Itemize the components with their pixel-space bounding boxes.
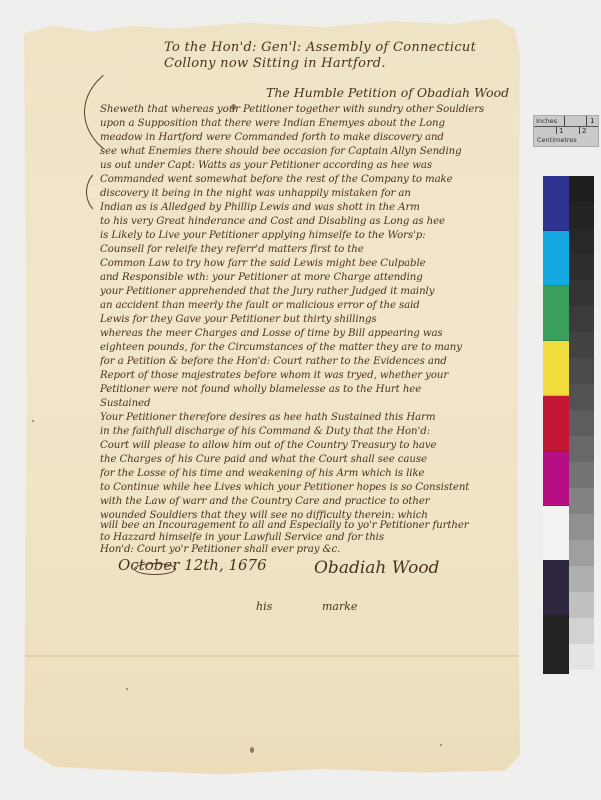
body-line: Your Petitioner therefore desires as hee… xyxy=(100,412,500,423)
ruler-tick xyxy=(556,126,557,134)
grey-step xyxy=(569,592,594,618)
grey-step xyxy=(569,254,594,280)
ruler-divider xyxy=(534,126,598,127)
grey-step xyxy=(569,384,594,410)
patch-blue xyxy=(543,176,569,231)
body-line: and Responsible wth: your Petitioner at … xyxy=(100,272,500,283)
greyscale-calibration-bar xyxy=(569,176,594,670)
petition-date: October 12th, 1676 xyxy=(118,556,267,574)
color-calibration-bar xyxy=(543,176,569,674)
grey-step xyxy=(569,332,594,358)
body-line: Sheweth that whereas your Petitioner tog… xyxy=(100,104,500,115)
centimetres-label: Centimetres xyxy=(537,136,577,144)
grey-step xyxy=(569,462,594,488)
patch-green xyxy=(543,286,569,341)
ruler-tick xyxy=(579,126,580,134)
body-line: your Petitioner apprehended that the Jur… xyxy=(100,286,500,297)
paper-fold-line xyxy=(24,655,520,657)
patch-red xyxy=(543,396,569,451)
body-line: meadow in Hartford were Commanded forth … xyxy=(100,132,500,143)
grey-step xyxy=(569,358,594,384)
patch-white xyxy=(543,506,569,560)
ink-stain xyxy=(32,420,34,422)
ink-stain xyxy=(250,747,254,753)
body-line: Petitioner were not found wholly blamele… xyxy=(100,384,500,395)
body-line: Commanded went somewhat before the rest … xyxy=(100,174,500,185)
body-line: Lewis for they Gave your Petitioner but … xyxy=(100,314,500,325)
body-line: us out under Capt: Watts as your Petitio… xyxy=(100,160,500,171)
body-line: Hon'd: Court yo'r Petitioner shall ever … xyxy=(100,544,500,555)
address-line-2: Collony now Sitting in Hartford. xyxy=(164,56,386,71)
patch-black xyxy=(543,615,569,674)
body-line: will bee an Incouragement to all and Esp… xyxy=(100,520,500,531)
ink-stain xyxy=(440,744,442,746)
ink-stain xyxy=(126,688,128,690)
patch-3color-black xyxy=(543,560,569,615)
grey-step xyxy=(569,280,594,306)
body-line: is Likely to Live your Petitioner applyi… xyxy=(100,230,500,241)
grey-step xyxy=(569,540,594,566)
grey-step xyxy=(569,306,594,332)
petition-heading: The Humble Petition of Obadiah Wood xyxy=(266,85,509,100)
grey-step xyxy=(569,436,594,462)
patch-yellow xyxy=(543,341,569,396)
grey-step xyxy=(569,410,594,436)
body-line: to Continue while hee Lives which your P… xyxy=(100,482,500,493)
grey-step xyxy=(569,644,594,670)
address-line-1: To the Hon'd: Gen'l: Assembly of Connect… xyxy=(164,40,476,55)
cm-mark-2: 2 xyxy=(582,127,586,135)
grey-step xyxy=(569,202,594,228)
body-line: eighteen pounds, for the Circumstances o… xyxy=(100,342,500,353)
cm-mark-1: 1 xyxy=(559,127,563,135)
grey-step xyxy=(569,228,594,254)
body-line: Sustained xyxy=(100,398,500,409)
ruler-tick xyxy=(564,116,565,126)
grey-step xyxy=(569,566,594,592)
body-line: to Hazzard himselfe in your Lawfull Serv… xyxy=(100,532,500,543)
body-line: for a Petition & before the Hon'd: Court… xyxy=(100,356,500,367)
grey-step xyxy=(569,514,594,540)
body-line: see what Enemies there should bee occasi… xyxy=(100,146,500,157)
measurement-ruler: Inches 1 1 2 Centimetres xyxy=(533,115,599,147)
ruler-tick xyxy=(586,116,587,126)
body-line: to his very Great hinderance and Cost an… xyxy=(100,216,500,227)
body-line: whereas the meer Charges and Losse of ti… xyxy=(100,328,500,339)
patch-cyan xyxy=(543,231,569,286)
patch-magenta xyxy=(543,451,569,506)
manuscript-page: To the Hon'd: Gen'l: Assembly of Connect… xyxy=(24,18,520,778)
body-line: Common Law to try how farr the said Lewi… xyxy=(100,258,500,269)
body-line: for the Losse of his time and weakening … xyxy=(100,468,500,479)
inch-mark-1: 1 xyxy=(590,117,594,125)
mark-label-marke: marke xyxy=(322,600,357,613)
signature: Obadiah Wood xyxy=(314,558,439,578)
grey-step xyxy=(569,618,594,644)
body-line: Court will please to allow him out of th… xyxy=(100,440,500,451)
body-line: Indian as is Alledged by Phillip Lewis a… xyxy=(100,202,500,213)
grey-step xyxy=(569,176,594,202)
inches-label: Inches xyxy=(536,117,557,125)
body-line: the Charges of his Cure paid and what th… xyxy=(100,454,500,465)
body-line: with the Law of warr and the Country Car… xyxy=(100,496,500,507)
body-line: upon a Supposition that there were India… xyxy=(100,118,500,129)
grey-step xyxy=(569,488,594,514)
body-line: Report of those majestrates before whom … xyxy=(100,370,500,381)
body-line: an accident than meerly the fault or mal… xyxy=(100,300,500,311)
body-line: discovery it being in the night was unha… xyxy=(100,188,500,199)
mark-label-his: his xyxy=(256,600,272,613)
body-line: Counsell for releife they referr'd matte… xyxy=(100,244,500,255)
body-line: in the faithfull discharge of his Comman… xyxy=(100,426,500,437)
